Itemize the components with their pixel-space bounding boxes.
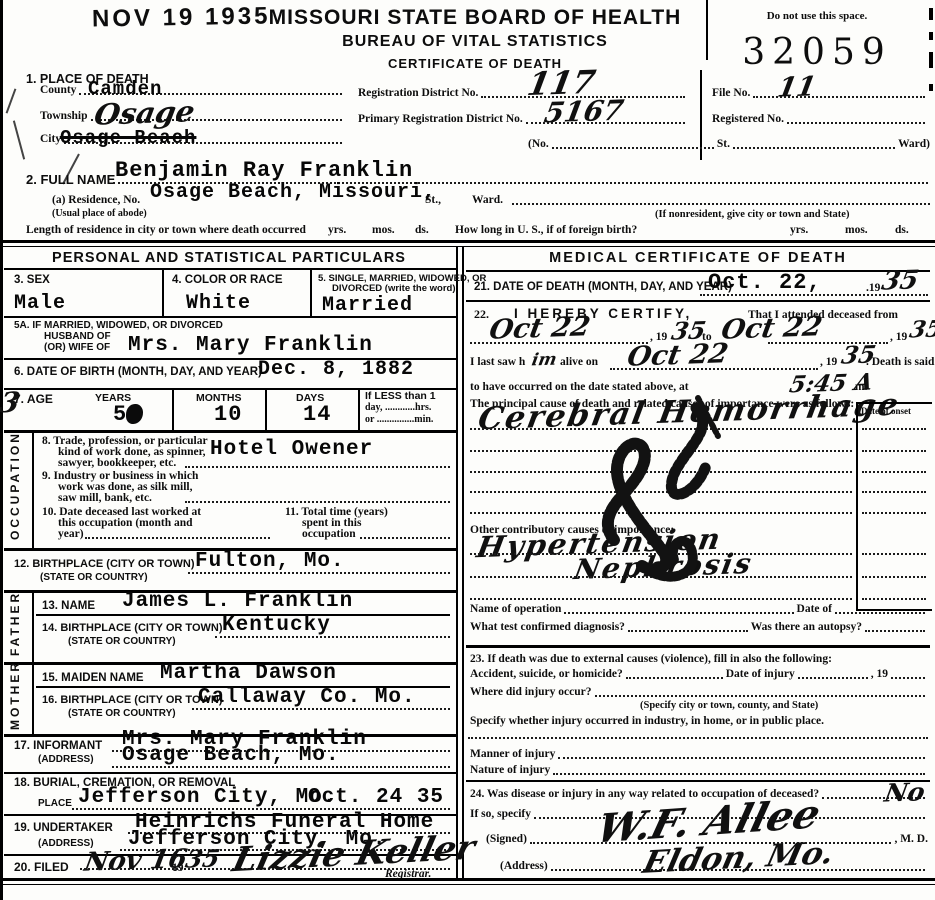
dotted-leader — [558, 754, 925, 759]
primary-district-label: Primary Registration District No. — [358, 113, 523, 126]
ink-stamp-mark — [548, 390, 768, 605]
cell-divider — [310, 268, 312, 316]
cell-divider — [32, 433, 34, 548]
dotted-leader — [85, 537, 270, 539]
ds-label: ds. — [895, 224, 909, 237]
nature-injury-row: Nature of injury — [470, 764, 928, 777]
city-label: City — [40, 133, 61, 146]
attended-from-date: Oct 22 — [487, 311, 593, 345]
race-label: 4. COLOR OR RACE — [172, 274, 283, 286]
file-no-label: File No. — [712, 87, 750, 100]
trade-value: Hotel Owener — [210, 438, 373, 461]
comma-19: , 19 — [890, 331, 907, 344]
dotted-leader — [787, 119, 925, 124]
marital-value: Married — [322, 294, 413, 317]
residence-value: Osage Beach, Missouri, — [150, 181, 436, 204]
accident-label: Accident, suicide, or homicide? — [470, 668, 623, 681]
informant-address: Osage Beach, Mo. — [122, 744, 340, 767]
header-divider — [706, 0, 708, 60]
primary-district-value: 5167 — [542, 94, 626, 130]
spouse-value: Mrs. Mary Franklin — [128, 334, 373, 357]
mother-side-label: MOTHER — [8, 670, 22, 730]
rule — [4, 316, 456, 318]
burial-place-value: Jefferson City, Mo. — [78, 786, 336, 809]
accident-row: Accident, suicide, or homicide? Date of … — [470, 668, 928, 681]
dotted-leader — [835, 609, 925, 614]
trade-label3: sawyer, bookkeeper, etc. — [58, 457, 176, 470]
industry-label3: saw mill, bank, etc. — [58, 492, 152, 505]
file-no-value: 11 — [775, 71, 818, 103]
age-label: 7. AGE — [14, 392, 53, 406]
if-so-label: If so, specify — [470, 808, 531, 821]
specify-city-note: (Specify city or town, county, and State… — [640, 700, 818, 712]
test-label: What test confirmed diagnosis? — [470, 621, 625, 634]
dotted-leader — [188, 572, 450, 574]
residence-label: (a) Residence, No. — [52, 194, 140, 207]
dotted-leader — [628, 627, 748, 632]
total-time-label3: occupation — [302, 528, 356, 541]
undertaker-label: 19. UNDERTAKER — [14, 822, 113, 834]
manner-injury-row: Manner of injury — [470, 748, 928, 761]
age-days-value: 14 — [303, 402, 331, 427]
cell-divider — [358, 388, 360, 430]
length-residence-label: Length of residence in city or town wher… — [26, 224, 306, 237]
birthplace-label: 12. BIRTHPLACE (CITY OR TOWN) — [14, 558, 195, 570]
spouse-label3: (OR) WIFE OF — [44, 342, 110, 353]
registered-no-row: Registered No. — [712, 113, 928, 126]
certify-number: 22. — [474, 308, 489, 322]
age-less-label2: day, ............hrs. — [365, 402, 431, 414]
cell-divider — [32, 665, 34, 734]
dotted-leader — [192, 708, 450, 710]
dotted-leader — [185, 466, 450, 468]
onset-line — [862, 491, 926, 493]
burial-place-label: PLACE — [38, 798, 72, 809]
onset-line — [862, 471, 926, 473]
dotted-leader — [610, 368, 818, 370]
header-title-block: MISSOURI STATE BOARD OF HEALTH BUREAU OF… — [245, 6, 705, 71]
last-saw-pre: I last saw h — [470, 356, 525, 369]
age-months-value: 10 — [214, 402, 242, 427]
residence-st-label: St., — [425, 194, 441, 207]
attended-to-date: Oct 22 — [719, 311, 825, 345]
autopsy-label: Was there an autopsy? — [751, 621, 862, 634]
race-value: White — [186, 292, 251, 315]
primary-district-row: Primary Registration District No. — [358, 113, 688, 126]
city-value: Osage Beach — [60, 127, 196, 149]
rule — [4, 430, 456, 433]
marital-label2: DIVORCED (write the word) — [332, 283, 456, 294]
nonresident-note: (If nonresident, give city or town and S… — [655, 209, 849, 221]
yrs-label: yrs. — [328, 224, 346, 237]
dotted-leader — [553, 770, 925, 775]
dotted-leader — [564, 609, 793, 614]
street-ward-row: (No. St. Ward) — [528, 138, 930, 151]
registered-no-label: Registered No. — [712, 113, 784, 126]
full-name-label: 2. FULL NAME — [26, 172, 115, 187]
dotted-leader — [360, 537, 450, 539]
father-name-label: 13. NAME — [42, 600, 95, 612]
spouse-label1: 5A. IF MARRIED, WIDOWED, OR DIVORCED — [14, 320, 223, 331]
scan-left-edge — [0, 0, 3, 900]
father-side-label: FATHER — [8, 598, 22, 656]
filed-label: 20. FILED — [14, 860, 69, 874]
attended-to-year: 35 — [907, 315, 935, 343]
physician-address-label: (Address) — [500, 860, 548, 873]
date-of-death-label: 21. DATE OF DEATH (MONTH, DAY, AND YEAR) — [474, 281, 732, 293]
date-of-death-value: Oct. 22, — [708, 270, 822, 295]
death-said: . Death is said — [866, 356, 934, 369]
registration-district-label: Registration District No. — [358, 87, 478, 100]
dotted-leader — [891, 674, 925, 679]
medical-section-title: MEDICAL CERTIFICATE OF DEATH — [466, 250, 930, 266]
last-worked-label3: year) — [58, 528, 84, 541]
how-long-label: How long in U. S., if of foreign birth? — [455, 224, 637, 237]
personal-section-title: PERSONAL AND STATISTICAL PARTICULARS — [4, 250, 454, 266]
onset-line — [862, 450, 926, 452]
cell-divider — [172, 388, 174, 430]
scan-right-mark — [929, 8, 933, 20]
section-divider-rule — [0, 240, 935, 243]
pencil-mark — [13, 120, 25, 159]
spouse-label2: HUSBAND OF — [44, 331, 111, 342]
mos-label: mos. — [845, 224, 868, 237]
last-saw-post: alive on — [560, 356, 598, 369]
onset-line — [862, 576, 926, 578]
test-row: What test confirmed diagnosis? Was there… — [470, 621, 928, 634]
do-not-use-note: Do not use this space. — [712, 10, 922, 23]
injury-19-label: , 19 — [871, 668, 888, 681]
where-injury-label: Where did injury occur? — [470, 686, 592, 699]
cell-divider — [162, 268, 164, 316]
registration-district-row: Registration District No. — [358, 87, 688, 100]
rule — [466, 780, 930, 782]
father-birthplace-label: 14. BIRTHPLACE (CITY OR TOWN) — [42, 622, 223, 634]
operation-row: Name of operation Date of — [470, 603, 928, 616]
informant-address-label: (ADDRESS) — [38, 754, 94, 765]
signed-label: (Signed) — [486, 833, 527, 846]
dob-value: Dec. 8, 1882 — [258, 358, 414, 381]
column-divider — [456, 247, 458, 880]
ward-label: Ward) — [898, 138, 930, 151]
column-divider — [462, 247, 464, 880]
dotted-leader — [865, 627, 925, 632]
maiden-name-value: Martha Dawson — [160, 662, 337, 685]
scan-right-mark — [929, 84, 933, 91]
external-causes-label: 23. If death was due to external causes … — [470, 653, 832, 666]
scan-right-mark — [929, 52, 933, 68]
operation-label: Name of operation — [470, 603, 561, 616]
bureau-title: BUREAU OF VITAL STATISTICS — [245, 33, 705, 51]
related-answer: No — [882, 777, 927, 807]
nature-injury-label: Nature of injury — [470, 764, 550, 777]
dotted-leader — [733, 144, 895, 149]
mos-label: mos. — [372, 224, 395, 237]
sex-label: 3. SEX — [14, 274, 50, 286]
dotted-leader — [552, 144, 714, 149]
org-title: MISSOURI STATE BOARD OF HEALTH — [245, 6, 705, 30]
sex-value: Male — [14, 292, 66, 315]
dotted-leader — [112, 766, 450, 768]
occupation-side-label: OCCUPATION — [8, 440, 22, 540]
manner-injury-label: Manner of injury — [470, 748, 555, 761]
onset-line — [862, 598, 926, 600]
scan-right-mark — [929, 32, 933, 40]
md-label: , M. D. — [894, 833, 928, 846]
age-less-label1: If LESS than 1 — [365, 390, 436, 402]
undertaker-address-label: (ADDRESS) — [38, 838, 94, 849]
specify-note: Specify whether injury occurred in indus… — [470, 715, 824, 728]
abode-note: (Usual place of abode) — [52, 208, 147, 220]
rule — [4, 772, 456, 774]
county-label: County — [40, 84, 76, 97]
no-label: (No. — [528, 138, 549, 151]
certificate-number: 32059 — [712, 32, 922, 73]
date-of-onset-label: Date of onset — [858, 404, 932, 416]
section-divider-rule — [0, 246, 935, 247]
onset-line — [862, 428, 926, 430]
full-name-value: Benjamin Ray Franklin — [115, 158, 413, 183]
dob-label: 6. DATE OF BIRTH (MONTH, DAY, AND YEAR) — [14, 366, 262, 378]
dotted-leader — [185, 501, 450, 503]
burial-date-value: Oct. 24 35 — [308, 786, 444, 809]
operation-date-label: Date of — [797, 603, 832, 616]
father-name-value: James L. Franklin — [122, 590, 353, 613]
father-birthplace-value: Kentucky — [222, 614, 331, 637]
rule — [4, 268, 456, 270]
dod-year-prefix: .19 — [866, 282, 880, 295]
date-of-onset-box: Date of onset — [856, 402, 932, 611]
mother-birthplace-sublabel: (STATE OR COUNTRY) — [68, 708, 176, 719]
birthplace-sublabel: (STATE OR COUNTRY) — [40, 572, 148, 583]
where-injury-row: Where did injury occur? — [470, 686, 928, 699]
birthplace-value: Fulton, Mo. — [195, 550, 345, 573]
injury-date-label: Date of injury — [726, 668, 795, 681]
informant-label: 17. INFORMANT — [14, 740, 102, 752]
dotted-leader — [470, 342, 648, 344]
yrs-label: yrs. — [790, 224, 808, 237]
comma-19: , 19 — [820, 356, 837, 369]
doc-title: CERTIFICATE OF DEATH — [245, 56, 705, 71]
file-no-row: File No. — [712, 87, 928, 100]
st-label: St. — [717, 138, 730, 151]
ds-label: ds. — [415, 224, 429, 237]
dotted-leader — [512, 203, 930, 205]
dotted-leader — [215, 636, 450, 638]
cell-divider — [32, 593, 34, 662]
dotted-leader — [626, 674, 723, 679]
dotted-leader — [72, 808, 450, 810]
mother-birthplace-label: 16. BIRTHPLACE (CITY OR TOWN) — [42, 694, 223, 706]
age-less-label3: or ...............min. — [365, 414, 433, 426]
residence-ward-label: Ward. — [472, 194, 503, 207]
bottom-rule — [0, 878, 935, 881]
rule — [466, 300, 930, 302]
father-birthplace-sublabel: (STATE OR COUNTRY) — [68, 636, 176, 647]
dotted-leader — [468, 737, 928, 739]
onset-line — [862, 553, 926, 555]
rule — [466, 645, 930, 648]
rule — [466, 270, 930, 272]
maiden-name-label: 15. MAIDEN NAME — [42, 672, 144, 684]
pencil-mark — [6, 88, 17, 113]
received-date-stamp: NOV 19 1935 — [92, 2, 271, 33]
mother-birthplace-value: Callaway Co. Mo. — [198, 686, 416, 709]
onset-line — [862, 512, 926, 514]
dod-year-value: 35 — [879, 265, 921, 296]
death-certificate-document: NOV 19 1935 MISSOURI STATE BOARD OF HEAL… — [0, 0, 935, 900]
dotted-leader — [595, 692, 926, 697]
cell-divider — [265, 388, 267, 430]
township-label: Township — [40, 110, 88, 123]
bottom-rule — [0, 884, 935, 885]
last-saw-scribble: im — [530, 350, 558, 371]
dotted-leader — [798, 674, 868, 679]
